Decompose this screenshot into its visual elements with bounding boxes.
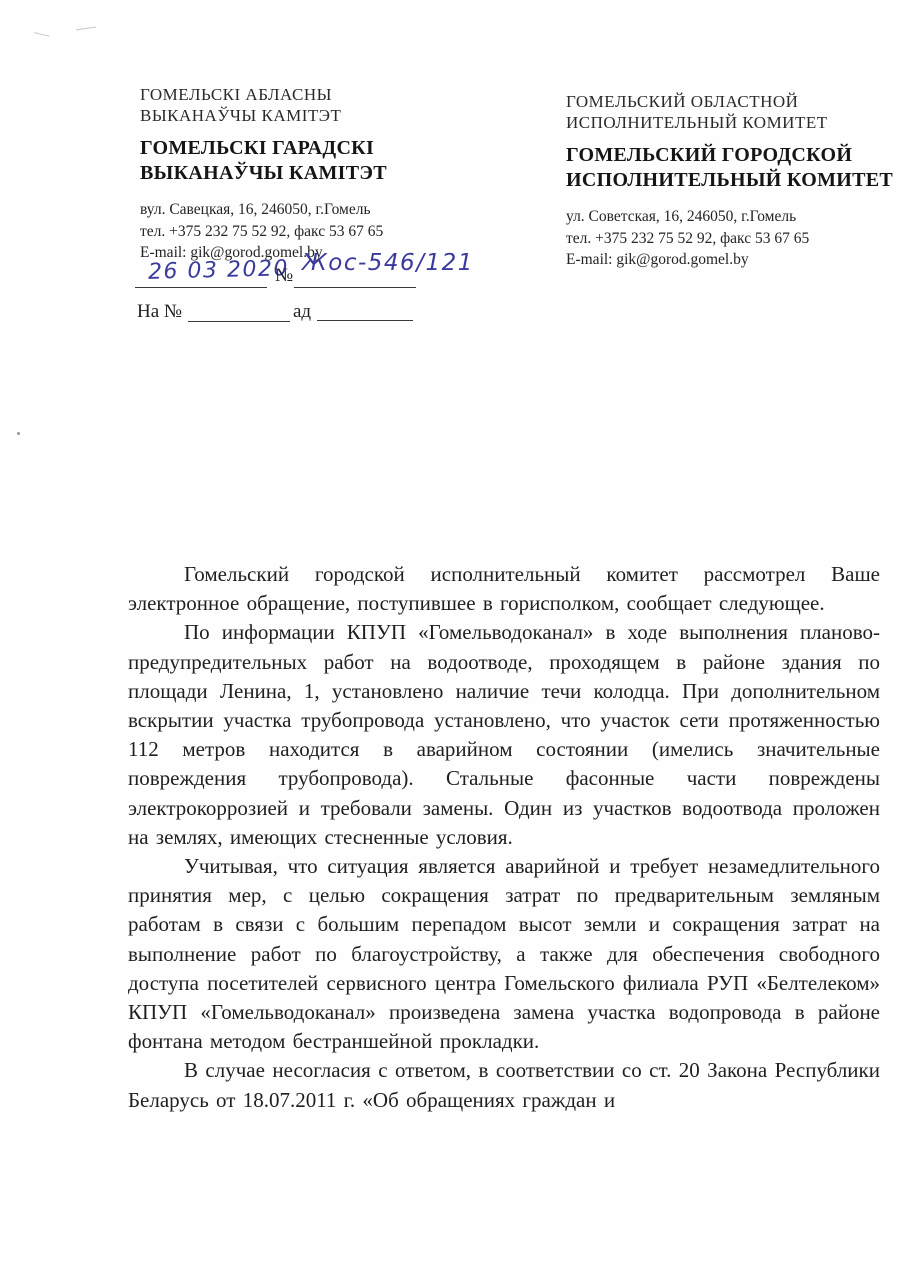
reply-date-underline xyxy=(317,299,413,321)
date-underline xyxy=(135,264,267,288)
letter-page: ГОМЕЛЬСКІ АБЛАСНЫ ВЫКАНАЎЧЫ КАМІТЭТ ГОМЕ… xyxy=(0,0,904,1280)
reply-to-label: На № xyxy=(137,301,182,323)
body-paragraph: Гомельский городской исполнительный коми… xyxy=(128,560,880,618)
body-paragraph: По информации КПУП «Гомельводоканал» в х… xyxy=(128,618,880,852)
number-underline xyxy=(294,264,416,288)
org-phone: тел. +375 232 75 52 92, факс 53 67 65 xyxy=(140,221,520,243)
pencil-mark xyxy=(34,32,50,37)
body-paragraph: В случае несогласия с ответом, в соответ… xyxy=(128,1056,880,1114)
letterhead-right: ГОМЕЛЬСКИЙ ОБЛАСТНОЙ ИСПОЛНИТЕЛЬНЫЙ КОМИ… xyxy=(566,91,896,271)
org-phone: тел. +375 232 75 52 92, факс 53 67 65 xyxy=(566,228,896,250)
number-label: № xyxy=(275,265,293,287)
org-address: ул. Советская, 16, 246050, г.Гомель xyxy=(566,206,896,228)
parent-org-name-line: ИСПОЛНИТЕЛЬНЫЙ КОМИТЕТ xyxy=(566,112,896,133)
parent-org-name-line: ВЫКАНАЎЧЫ КАМІТЭТ xyxy=(140,105,520,126)
letter-body: Гомельский городской исполнительный коми… xyxy=(128,560,880,1115)
org-name-line: ИСПОЛНИТЕЛЬНЫЙ КОМИТЕТ xyxy=(566,168,896,193)
ink-speck xyxy=(17,432,20,435)
reply-number-underline xyxy=(188,300,290,322)
org-name-line: ГОМЕЛЬСКИЙ ГОРОДСКОЙ xyxy=(566,143,896,168)
parent-org-name-line: ГОМЕЛЬСКІ АБЛАСНЫ xyxy=(140,84,520,105)
body-paragraph: Учитывая, что ситуация является аварийно… xyxy=(128,852,880,1056)
org-address: вул. Савецкая, 16, 246050, г.Гомель xyxy=(140,199,520,221)
letterhead-left: ГОМЕЛЬСКІ АБЛАСНЫ ВЫКАНАЎЧЫ КАМІТЭТ ГОМЕ… xyxy=(140,84,520,264)
org-name-line: ГОМЕЛЬСКІ ГАРАДСКІ xyxy=(140,136,520,161)
parent-org-name-line: ГОМЕЛЬСКИЙ ОБЛАСТНОЙ xyxy=(566,91,896,112)
pencil-mark xyxy=(76,27,96,31)
org-name-line: ВЫКАНАЎЧЫ КАМІТЭТ xyxy=(140,161,520,186)
org-email: E-mail: gik@gorod.gomel.by xyxy=(566,249,896,271)
reply-from-label: ад xyxy=(293,301,311,323)
